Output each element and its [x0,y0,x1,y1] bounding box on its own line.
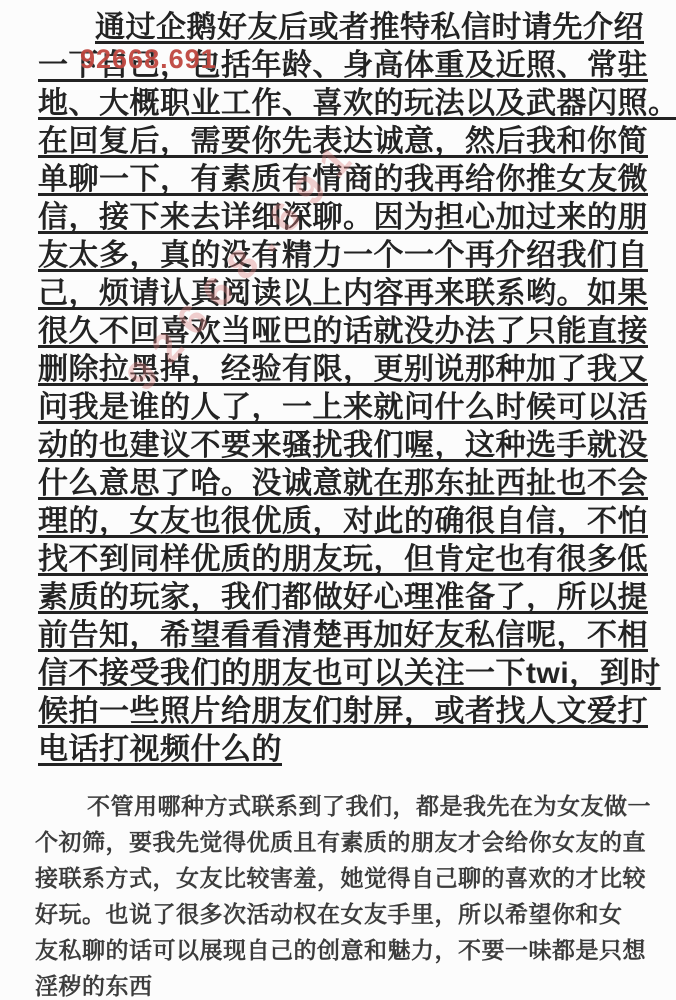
secondary-paragraph: 不管用哪种方式联系到了我们，都是我先在为女友做一个初筛，要我先觉得优质且有素质的… [35,788,649,1000]
text-line: 电话打视频什么的 [38,731,646,769]
text-line: 个初筛，要我先觉得优质且有素质的朋友才会给你女友的直 [35,824,649,860]
text-line: 问我是谁的人了，一上来就问什么时候可以活 [38,389,646,427]
text-line: 友太多，真的没有精力一个一个再介绍我们自 [38,237,646,275]
text-line: 什么意思了哈。没诚意就在那东扯西扯也不会 [38,465,646,503]
text-line: 地、大概职业工作、喜欢的玩法以及武器闪照。 [38,85,646,123]
text-line: 好玩。也说了很多次活动权在女友手里，所以希望你和女 [35,896,649,932]
text-line: 找不到同样优质的朋友玩，但肯定也有很多低 [38,541,646,579]
text-line: 己，烦请认真阅读以上内容再来联系哟。如果 [38,275,646,313]
text-line: 动的也建议不要来骚扰我们喔，这种选手就没 [38,427,646,465]
text-line: 信不接受我们的朋友也可以关注一下twi，到时 [38,655,646,693]
text-line: 前告知，希望看看清楚再加好友私信呢，不相 [38,617,646,655]
text-line: 接联系方式，女友比较害羞，她觉得自己聊的喜欢的才比较 [35,860,649,896]
text-line: 很久不回喜欢当哑巴的话就没办法了只能直接 [38,313,646,351]
text-line: 友私聊的话可以展现自己的创意和魅力，不要一味都是只想 [35,932,649,968]
text-line: 信，接下来去详细深聊。因为担心加过来的朋 [38,199,646,237]
main-paragraph: 通过企鹅好友后或者推特私信时请先介绍一下自己，包括年龄、身高体重及近照、常驻地、… [38,9,646,769]
text-line: 候拍一些照片给朋友们射屏，或者找人文爱打 [38,693,646,731]
document-page: 92668.691 92668.691 通过企鹅好友后或者推特私信时请先介绍一下… [0,0,676,1000]
text-line: 不管用哪种方式联系到了我们，都是我先在为女友做一 [35,788,649,824]
text-line: 素质的玩家，我们都做好心理准备了，所以提 [38,579,646,617]
text-line: 通过企鹅好友后或者推特私信时请先介绍 [38,9,646,47]
text-line: 淫秽的东西 [35,968,649,1000]
red-number-watermark: 92668.691 [80,44,217,75]
text-line: 理的，女友也很优质，对此的确很自信，不怕 [38,503,646,541]
